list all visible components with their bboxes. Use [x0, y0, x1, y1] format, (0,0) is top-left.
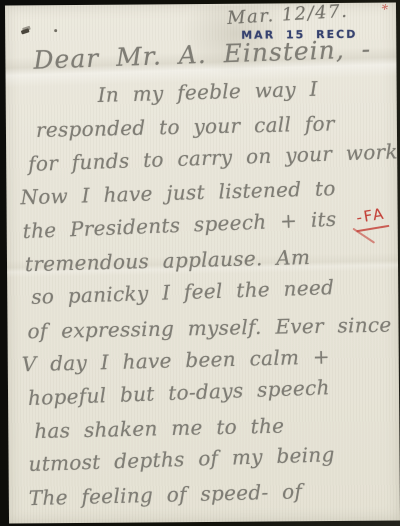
- salutation: Dear Mr. A. Einstein, -: [33, 34, 372, 74]
- letter-paper: * Mar. 12/47. MAR 15 RECD Dear Mr. A. Ei…: [5, 2, 400, 523]
- letter-scan: * Mar. 12/47. MAR 15 RECD Dear Mr. A. Ei…: [0, 0, 400, 526]
- staple-hole: [54, 29, 57, 32]
- staple-mark: [21, 28, 30, 34]
- letter-date: Mar. 12/47.: [227, 2, 349, 28]
- red-corner-mark: *: [380, 2, 389, 18]
- letter-body: In my feeble way I responded to your cal…: [12, 78, 398, 515]
